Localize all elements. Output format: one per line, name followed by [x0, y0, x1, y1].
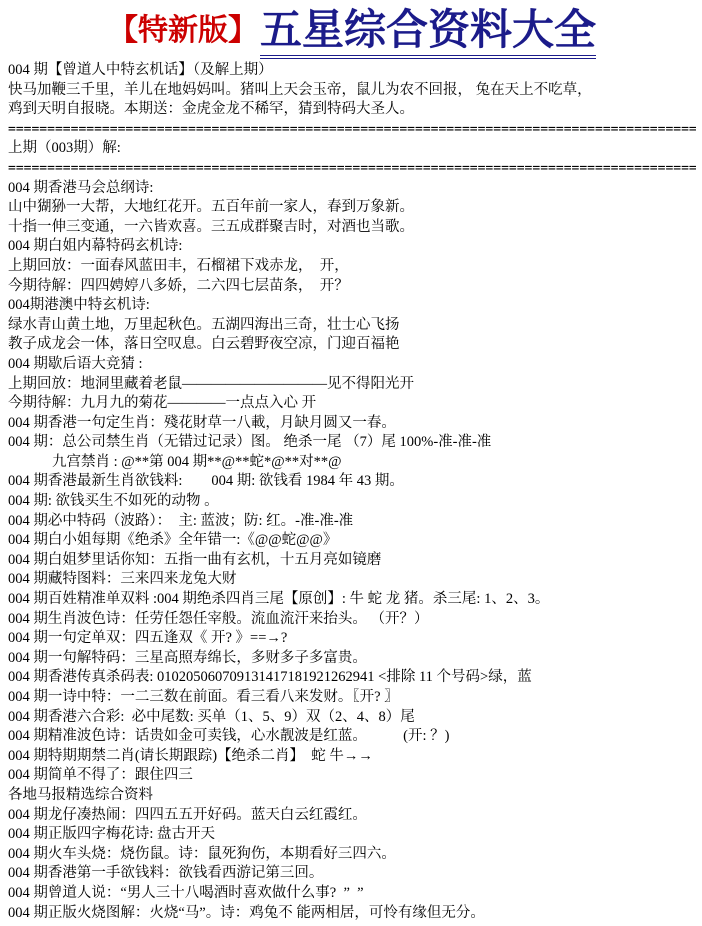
- separator-line: ========================================…: [8, 159, 696, 179]
- text-line: 004 期【曾道人中特玄机话】（及解上期）: [8, 61, 696, 81]
- text-line: 快马加鞭三千里，羊儿在地妈妈叫。猪叫上天会玉帝，鼠儿为农不回报， 兔在天上不吃草…: [8, 81, 696, 101]
- text-line: 鸡到天明自报晓。本期送：金虎金龙不稀罕，猜到特码大圣人。: [8, 100, 696, 120]
- text-line: 上期回放：一面春风蓝田丰，石榴裙下戏赤龙， 开，: [8, 257, 696, 277]
- text-line: 今期待解：九月九的菊花————一点点入心 开: [8, 394, 696, 414]
- text-line: 004 期必中特码（波路）： 主: 蓝波；防: 红。-准-准-准: [8, 512, 696, 532]
- text-line: 教子成龙会一体，落日空叹息。白云碧野夜空凉，门迎百福艳: [8, 335, 696, 355]
- text-line: 004 期曾道人说：“男人三十八喝酒时喜欢做什么事? ” ”: [8, 884, 696, 904]
- text-line: 004 期正版四字梅花诗: 盘古开天: [8, 825, 696, 845]
- text-line: 004 期歇后语大竞猜 :: [8, 355, 696, 375]
- text-line: 004 期香港马会总纲诗:: [8, 179, 696, 199]
- text-line: 004 期藏特图料：三来四来龙兔大财: [8, 570, 696, 590]
- edition-badge: 【特新版】: [108, 5, 258, 49]
- text-line: 004 期特期期禁二肖(请长期跟踪)【绝杀二肖】 蛇 牛→→: [8, 747, 696, 767]
- text-line: 004 期百姓精准单双料 :004 期绝杀四肖三尾【原创】: 牛 蛇 龙 猪。杀…: [8, 590, 696, 610]
- text-line: 十指一伸三变通，一六皆欢喜。三五成群聚吉时，对酒也当歌。: [8, 218, 696, 238]
- text-line: 004 期简单不得了：跟住四三: [8, 766, 696, 786]
- text-line: 上期（003期）解:: [8, 139, 696, 159]
- text-line: 004 期精准波色诗：话贵如金可卖钱，心水靓波是红蓝。 (开: ？): [8, 727, 696, 747]
- text-line: 绿水青山黄土地，万里起秋色。五湖四海出三奇，壮士心飞扬: [8, 316, 696, 336]
- text-line: 今期待解：四四娉婷八多娇，二六四七层苗条， 开？: [8, 277, 696, 297]
- text-line: 004 期白姐梦里话你知：五指一曲有玄机，十五月亮如镜磨: [8, 551, 696, 571]
- text-line: 004 期香港传真杀码表: 01020506070913141718192126…: [8, 668, 696, 688]
- text-line: 004 期龙仔凑热闹：四四五五开好码。蓝天白云红霞红。: [8, 806, 696, 826]
- text-line: 004 期一句定单双：四五逢双《 开? 》==→?: [8, 629, 696, 649]
- text-line: 上期回放：地洞里藏着老鼠——————————见不得阳光开: [8, 375, 696, 395]
- text-line: 004 期生肖波色诗：任劳任怨任宰般。流血流汗来抬头。 （开？）: [8, 610, 696, 630]
- text-line: 004 期：总公司禁生肖（无错过记录）图。 绝杀一尾 （7）尾 100%-准-准…: [8, 433, 696, 453]
- text-line: 004 期香港最新生肖欲钱料: 004 期: 欲钱看 1984 年 43 期。: [8, 472, 696, 492]
- text-line: 004 期正版火烧图解：火烧“马”。诗：鸡兔不 能两相居，可怜有缘但无分。: [8, 904, 696, 924]
- text-line: 004 期一句解特码：三星高照寿绵长，多财多子多富贵。: [8, 649, 696, 669]
- separator-line: ========================================…: [8, 120, 696, 140]
- lottery-info-page: 【特新版】五星综合资料大全 004 期【曾道人中特玄机话】（及解上期）快马加鞭三…: [0, 0, 702, 926]
- masthead: 【特新版】五星综合资料大全: [8, 2, 696, 61]
- text-line: 004 期香港第一手欲钱料：欲钱看西游记第三回。: [8, 864, 696, 884]
- text-line: 004 期白姐内幕特码玄机诗:: [8, 237, 696, 257]
- text-line: 004 期一诗中特：一二三数在前面。看三看八来发财。〖开? 〗: [8, 688, 696, 708]
- text-line: 004期港澳中特玄机诗:: [8, 296, 696, 316]
- page-title[interactable]: 五星综合资料大全: [260, 8, 596, 59]
- text-line: 各地马报精选综合资料: [8, 786, 696, 806]
- text-line: 004 期香港六合彩: 必中尾数: 买单（1、5、9）双（2、4、8）尾: [8, 708, 696, 728]
- text-line: 004 期: 欲钱买生不如死的动物 。: [8, 492, 696, 512]
- text-line: 004 期白小姐每期《绝杀》全年错一:《@@蛇@@》: [8, 531, 696, 551]
- text-line: 004 期火车头烧：烧伤鼠。诗：鼠死狗伤，本期看好三四六。: [8, 845, 696, 865]
- content-lines: 004 期【曾道人中特玄机话】（及解上期）快马加鞭三千里，羊儿在地妈妈叫。猪叫上…: [8, 61, 696, 923]
- text-line: 004 期香港一句定生肖：殘花財草一八載，月缺月圆又一春。: [8, 414, 696, 434]
- text-line: 九宫禁肖 : @**第 004 期**@**蛇*@**对**@: [8, 453, 696, 473]
- text-line: 山中猢狲一大帮，大地红花开。五百年前一家人，春到万象新。: [8, 198, 696, 218]
